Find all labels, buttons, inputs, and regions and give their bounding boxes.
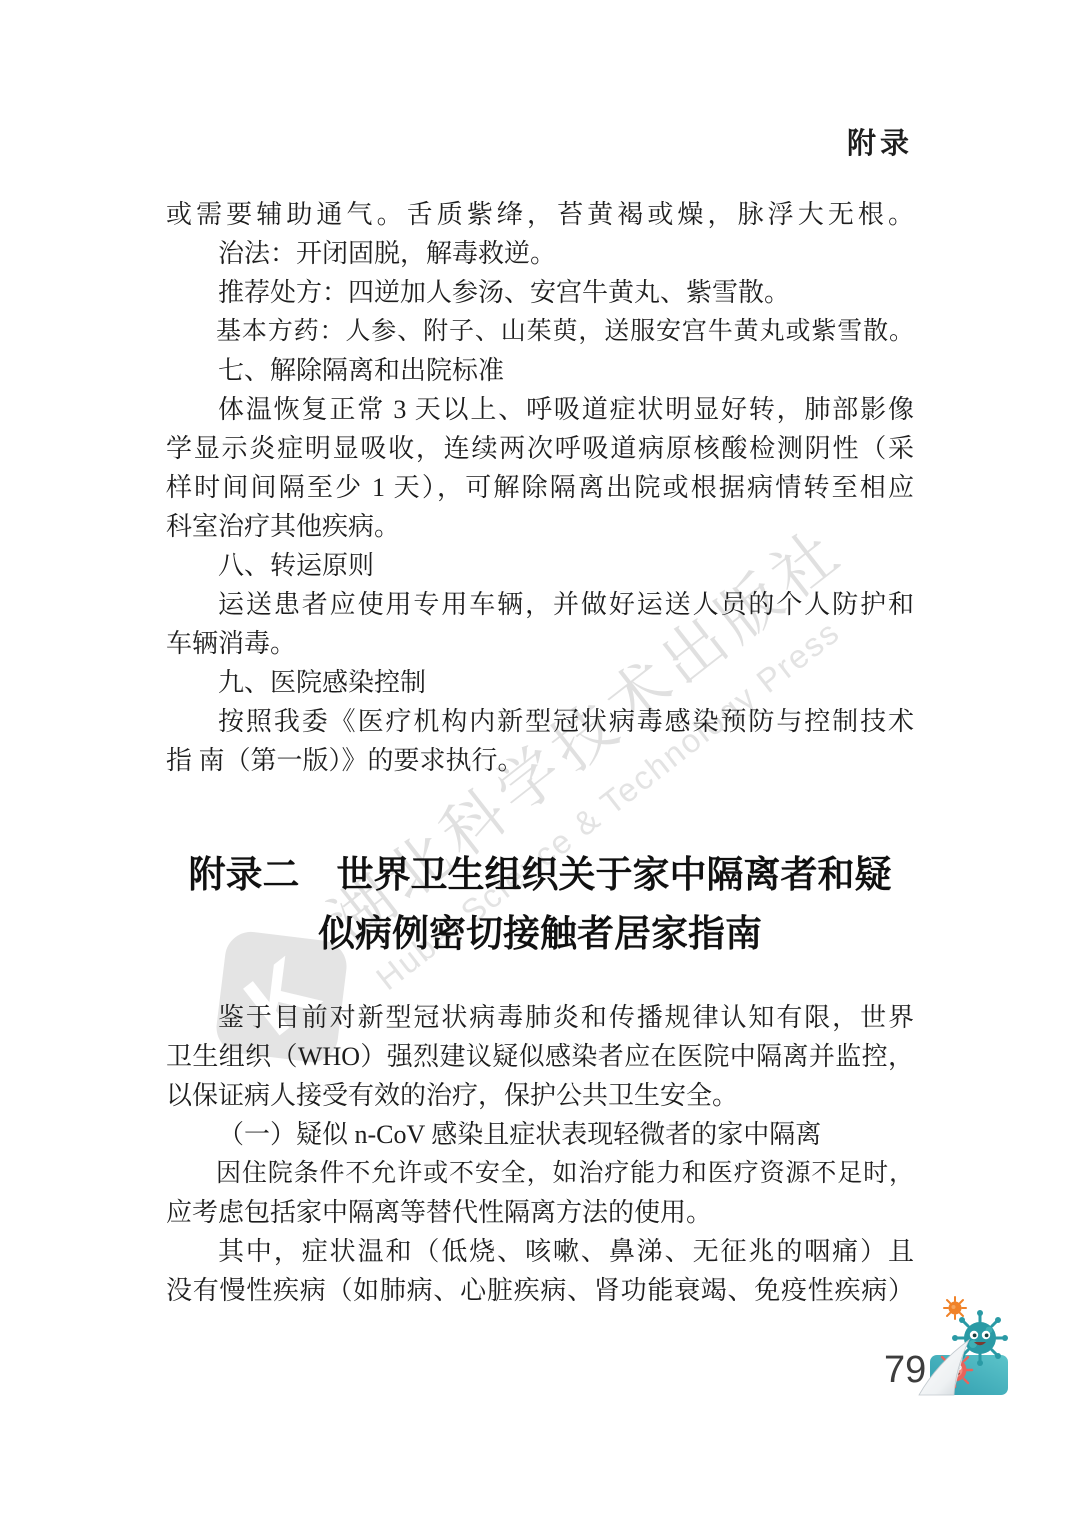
text-line: 或需要辅助通气。舌质紫绛，苔黄褐或燥，脉浮大无根。 — [166, 195, 914, 234]
orange-virus-icon — [944, 1297, 966, 1319]
text-line: 车辆消毒。 — [166, 624, 914, 663]
page-number: 79 — [884, 1349, 926, 1392]
text-line: 九、医院感染控制 — [166, 663, 914, 702]
body-block-1: 或需要辅助通气。舌质紫绛，苔黄褐或燥，脉浮大无根。治法：开闭固脱，解毒救逆。推荐… — [166, 195, 914, 780]
text-line: 指 南（第一版）》的要求执行。 — [166, 741, 914, 780]
section-title-line2: 似病例密切接触者居家指南 — [166, 904, 914, 963]
text-line: 应考虑包括家中隔离等替代性隔离方法的使用。 — [166, 1193, 914, 1232]
book-page: K 湖北科学技术出版社 Hubei Science & Technology P… — [0, 0, 1080, 1524]
text-line: （一）疑似 n-CoV 感染且症状表现轻微者的家中隔离 — [166, 1115, 914, 1154]
running-header: 附录 — [847, 121, 913, 162]
text-line: 推荐处方：四逆加人参汤、安宫牛黄丸、紫雪散。 — [166, 273, 914, 312]
text-line: 没有慢性疾病（如肺病、心脏疾病、肾功能衰竭、免疫性疾病） — [166, 1271, 914, 1310]
section-title: 附录二 世界卫生组织关于家中隔离者和疑 似病例密切接触者居家指南 — [166, 845, 914, 963]
text-line: 按照我委《医疗机构内新型冠状病毒感染预防与控制技术 — [166, 702, 914, 741]
text-line: 八、转运原则 — [166, 546, 914, 585]
text-line: 因住院条件不允许或不安全，如治疗能力和医疗资源不足时， — [166, 1154, 914, 1193]
body-block-2: 鉴于目前对新型冠状病毒肺炎和传播规律认知有限，世界卫生组织（WHO）强烈建议疑似… — [166, 998, 914, 1310]
text-line: 其中，症状温和（低烧、咳嗽、鼻涕、无征兆的咽痛）且 — [166, 1232, 914, 1271]
text-line: 学显示炎症明显吸收，连续两次呼吸道病原核酸检测阴性（采 — [166, 429, 914, 468]
text-line: 运送患者应使用专用车辆，并做好运送人员的个人防护和 — [166, 585, 914, 624]
text-line: 鉴于目前对新型冠状病毒肺炎和传播规律认知有限，世界 — [166, 998, 914, 1037]
text-line: 科室治疗其他疾病。 — [166, 507, 914, 546]
section-title-line1: 附录二 世界卫生组织关于家中隔离者和疑 — [166, 845, 914, 904]
text-line: 体温恢复正常 3 天以上、呼吸道症状明显好转，肺部影像 — [166, 390, 914, 429]
text-line: 以保证病人接受有效的治疗，保护公共卫生安全。 — [166, 1076, 914, 1115]
text-line: 治法：开闭固脱，解毒救逆。 — [166, 234, 914, 273]
text-line: 七、解除隔离和出院标准 — [166, 351, 914, 390]
text-line: 基本方药：人参、附子、山茱萸，送服安宫牛黄丸或紫雪散。 — [166, 312, 914, 351]
text-line: 卫生组织（WHO）强烈建议疑似感染者应在医院中隔离并监控， — [166, 1037, 914, 1076]
text-line: 样时间间隔至少 1 天），可解除隔离出院或根据病情转至相应 — [166, 468, 914, 507]
